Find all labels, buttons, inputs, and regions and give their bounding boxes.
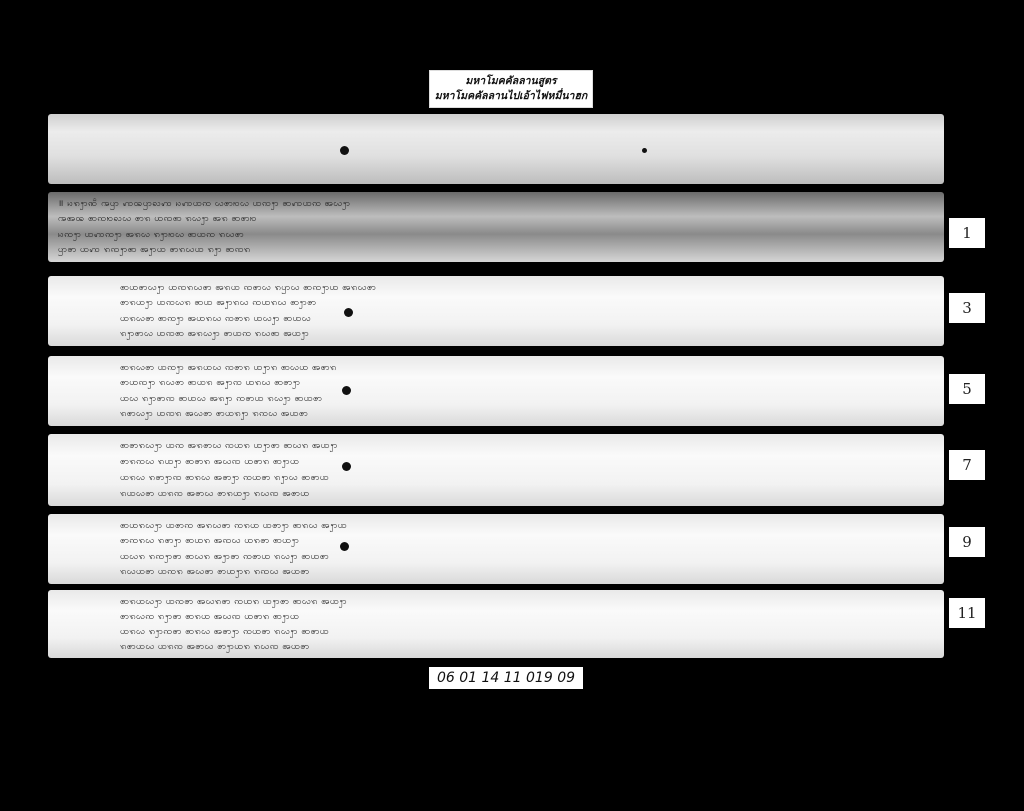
leaf-text-line: ꩧꩫꩬꩦ ꩤꩡꩭ ꩨꩫꩤꩬ ꩡꩦꩫ ꩤꩭꩫ ꩧꩬꩤ ꩨꩦꩫ <box>120 361 938 375</box>
palm-leaf-page-7: ꩧꩦꩫꩬꩭ ꩤꩡ ꩨꩫꩦꩬ ꩡꩤꩫ ꩤꩭꩦ ꩧꩬꩫ ꩨꩤꩭ ꩦꩫꩡꩬ ꩫꩤꩭ ꩧ… <box>48 434 944 506</box>
leaf-text-line: ꩤꩫꩬ ꩫꩭꩡꩦ ꩧꩫꩬ ꩨꩦꩭ ꩡꩤꩦ ꩫꩬꩭ ꩧꩦꩤ <box>120 625 938 639</box>
palm-leaf-page-5: ꩧꩫꩬꩦ ꩤꩡꩭ ꩨꩫꩤꩬ ꩡꩦꩫ ꩤꩭꩫ ꩧꩬꩤ ꩨꩦꩫ ꩦꩤꩡꩭ ꩫꩬꩦ ꩧ… <box>48 356 944 426</box>
page-number-label: 7 <box>949 450 985 480</box>
string-hole-icon <box>344 308 353 317</box>
leaf-text-line: ꩧꩫꩤꩬꩭ ꩤꩡꩦ ꩨꩬꩫꩦ ꩡꩤꩫ ꩤꩭꩦ ꩧꩬꩫ ꩨꩤꩭ <box>120 595 938 609</box>
leaf-text-line: ꩫꩭꩦꩬ ꩤꩡꩧ ꩨꩫꩬꩭ ꩦꩤꩡ ꩫꩬꩧ ꩨꩤꩭ <box>120 327 938 341</box>
leaf-text-line: ꩦꩫꩤꩭ ꩤꩡꩬꩫ ꩧꩤ ꩨꩭꩫꩬ ꩡꩤꩫꩬ ꩧꩭꩦ <box>120 296 938 310</box>
palm-leaf-page-9: ꩧꩤꩫꩬꩭ ꩤꩦꩡ ꩨꩫꩬꩦ ꩡꩫꩤ ꩤꩦꩭ ꩧꩫꩬ ꩨꩭꩤ ꩦꩡꩫꩬ ꩫꩦꩭ … <box>48 514 944 584</box>
leaf-text-line: ꩧꩤꩫꩬꩭ ꩤꩦꩡ ꩨꩫꩬꩦ ꩡꩫꩤ ꩤꩦꩭ ꩧꩫꩬ ꩨꩭꩤ <box>120 519 938 533</box>
leaf-text-line: ꩦꩤꩡꩭ ꩫꩬꩦ ꩧꩤꩫ ꩨꩭꩡ ꩤꩫꩬ ꩧꩦꩭ <box>120 376 938 390</box>
page-number-label: 5 <box>949 374 985 404</box>
title-line-1: มหาโมคคัลลานสูตร <box>465 74 556 89</box>
leaf-text-line: ꩧꩤꩦꩬꩭ ꩤꩡꩫꩬꩦ ꩨꩫꩤ ꩡꩦꩬ ꩫꩥꩬ ꩧꩡꩭꩤ ꩨꩫꩬꩦ <box>120 281 938 295</box>
palm-leaf-page-11: ꩧꩫꩤꩬꩭ ꩤꩡꩦ ꩨꩬꩫꩦ ꩡꩤꩫ ꩤꩭꩦ ꩧꩬꩫ ꩨꩤꩭ ꩦꩫꩬꩡ ꩫꩭꩦ … <box>48 590 944 658</box>
leaf-text-line: ꩫꩤꩬꩦ ꩤꩫꩡ ꩨꩦꩬ ꩦꩫꩤꩭ ꩫꩬꩡ ꩨꩦꩤ <box>120 487 938 501</box>
leaf-text-line: ꩫꩬꩤꩦ ꩤꩡꩫ ꩨꩬꩦ ꩦꩤꩭꩫ ꩫꩡꩬ ꩨꩤꩦ <box>120 565 938 579</box>
leaf-text-line: ꩤꩫꩬꩦ ꩧꩡꩭ ꩨꩤꩫꩬ ꩡꩦꩫ ꩤꩬꩭ ꩧꩤꩬ <box>120 312 938 326</box>
page-number-label: 3 <box>949 293 985 323</box>
page-number-label: 1 <box>949 218 985 248</box>
page-number-label: 11 <box>949 598 985 628</box>
page-number-label: 9 <box>949 527 985 557</box>
leaf-text-line: ꩤꩫꩬ ꩫꩦꩭꩡ ꩧꩫꩬ ꩨꩦꩭ ꩡꩤꩦ ꩫꩭꩬ ꩧꩦꩤ <box>120 471 938 485</box>
string-hole-icon <box>340 542 349 551</box>
string-hole-icon <box>342 462 351 471</box>
leaf-text-line: ꩦꩫꩬꩡ ꩫꩭꩦ ꩧꩫꩤ ꩨꩬꩡ ꩤꩦꩫ ꩧꩭꩤ <box>120 610 938 624</box>
leaf-text-line: ꩢꩡꩭ ꩤꩲꩡꩭ ꩨꩫꩬ ꩫꩭꩯꩬ ꩧꩤꩡ ꩫꩬꩦ <box>58 228 930 242</box>
leaf-text-line: ꩥꩦ ꩤꩲ ꩫꩡꩭꩧ ꩨꩭꩤ ꩦꩫꩬꩤ ꩫꩭ ꩧꩡꩫ <box>58 243 930 257</box>
string-hole-icon <box>342 386 351 395</box>
palm-leaf-cover <box>48 114 944 184</box>
leaf-text-line: ꩫꩦꩬꩭ ꩤꩡꩫ ꩨꩬꩦ ꩦꩤꩫꩭ ꩫꩡꩬ ꩨꩤꩦ <box>120 407 938 421</box>
leaf-text-line: ꩫꩦꩤꩬ ꩤꩫꩡ ꩨꩦꩬ ꩦꩭꩤꩫ ꩫꩬꩡ ꩨꩤꩦ <box>120 640 938 654</box>
palm-leaf-page-3: ꩧꩤꩦꩬꩭ ꩤꩡꩫꩬꩦ ꩨꩫꩤ ꩡꩦꩬ ꩫꩥꩬ ꩧꩡꩭꩤ ꩨꩫꩬꩦ ꩦꩫꩤꩭ ꩤ… <box>48 276 944 346</box>
leaf-text-line: ꩦꩫꩡꩬ ꩫꩤꩭ ꩧꩦꩫ ꩨꩬꩡ ꩤꩦꩫ ꩧꩭꩤ <box>120 455 938 469</box>
palm-leaf-page-1: ॥ ꩢꩫꩭꩣꩰ ꩠꩥ ꩲꩪꩥꩮꩲ ꩢꩲꩤꩡ ꩬꩦꩯꩬ ꩤꩡꩭ ꩧꩲꩤꩡ ꩨꩬꩭ … <box>48 192 944 262</box>
leaf-text-line: ꩤꩬ ꩫꩭꩦꩡ ꩧꩤꩬ ꩨꩫꩭ ꩡꩦꩤ ꩫꩬꩭ ꩧꩤꩦ <box>120 392 938 406</box>
title-line-2: มหาโมคคัลลานไปเอ้าไฟหมื่นาฮก <box>435 89 587 104</box>
leaf-text-line: ꩠꩨꩪ ꩧꩡꩯꩮꩬ ꩦꩫ ꩤꩡꩧ ꩫꩬꩭ ꩨꩫ ꩧꩦꩯ <box>58 212 930 226</box>
leaf-text-line: ꩤꩬꩫ ꩫꩡꩭꩦ ꩧꩬꩫ ꩨꩭꩦ ꩡꩦꩤ ꩫꩬꩭ ꩧꩤꩦ <box>120 550 938 564</box>
leaf-text-line: ꩦꩡꩫꩬ ꩫꩦꩭ ꩧꩤꩫ ꩨꩡꩬ ꩤꩫꩦ ꩧꩤꩭ <box>120 534 938 548</box>
manuscript-title-label: มหาโมคคัลลานสูตร มหาโมคคัลลานไปเอ้าไฟหมื… <box>429 70 593 108</box>
string-hole-icon <box>642 148 647 153</box>
archive-code-label: 06 01 14 11 019 09 <box>429 667 583 689</box>
leaf-text-line: ꩧꩦꩫꩬꩭ ꩤꩡ ꩨꩫꩦꩬ ꩡꩤꩫ ꩤꩭꩦ ꩧꩬꩫ ꩨꩤꩭ <box>120 439 938 453</box>
string-hole-icon <box>340 146 349 155</box>
leaf-text-line: ॥ ꩢꩫꩭꩣꩰ ꩠꩥ ꩲꩪꩥꩮꩲ ꩢꩲꩤꩡ ꩬꩦꩯꩬ ꩤꩡꩭ ꩧꩲꩤꩡ ꩨꩬꩭ <box>58 197 930 211</box>
